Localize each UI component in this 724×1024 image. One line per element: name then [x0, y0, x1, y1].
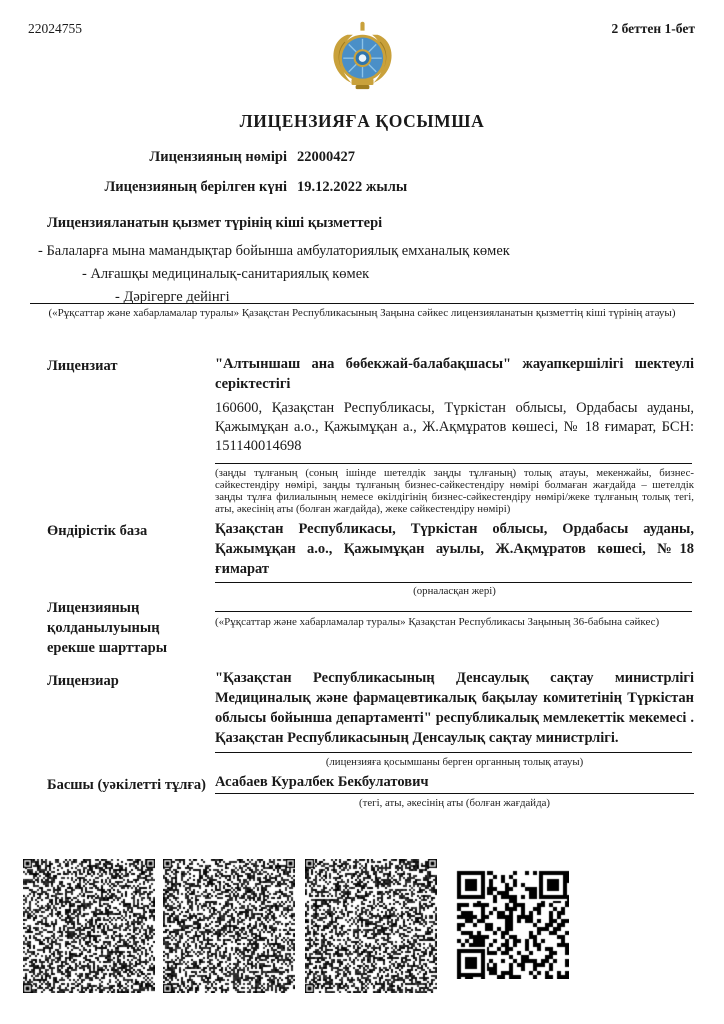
- license-number-label: Лицензияның нөмірі: [30, 148, 287, 167]
- license-number-row: Лицензияның нөмірі 22000427: [30, 148, 694, 167]
- subservice-item: - Балаларға мына мамандықтар бойынша амб…: [38, 243, 510, 260]
- licensor-value: "Қазақстан Республикасының Денсаулық сақ…: [215, 668, 694, 748]
- license-date-row: Лицензияның берілген күні 19.12.2022 жыл…: [30, 178, 694, 197]
- subservice-item: - Алғашқы медициналық-санитариялық көмек: [82, 266, 369, 283]
- head-person-value-block: Асабаев Куралбек Бекбулатович (тегі, аты…: [215, 773, 694, 809]
- licensee-value-block: "Алтыншаш ана бөбекжай-балабақшасы" жауа…: [215, 354, 694, 515]
- divider-line: [215, 752, 692, 753]
- licensor-value-block: "Қазақстан Республикасының Денсаулық сақ…: [215, 668, 694, 768]
- licensee-address: 160600, Қазақстан Республикасы, Түркіста…: [215, 399, 694, 456]
- production-base-value: Қазақстан Республикасы, Түркістан облысы…: [215, 519, 694, 579]
- divider-line: [30, 303, 694, 304]
- qr-code: [455, 869, 569, 979]
- head-person-caption: (тегі, аты, әкесінің аты (болған жағдайд…: [215, 797, 694, 809]
- production-base-value-block: Қазақстан Республикасы, Түркістан облысы…: [215, 519, 694, 597]
- subservices-heading: Лицензияланатын қызмет түрінің кіші қызм…: [47, 215, 382, 232]
- head-person-name: Асабаев Куралбек Бекбулатович: [215, 773, 694, 794]
- production-base-label: Өндірістік база: [47, 521, 207, 541]
- head-person-label: Басшы (уәкілетті тұлға): [47, 775, 217, 795]
- divider-line: [215, 611, 692, 612]
- datamatrix-barcode-2: [163, 859, 295, 993]
- license-date-label: Лицензияның берілген күні: [30, 178, 287, 197]
- license-date-value: 19.12.2022 жылы: [297, 178, 407, 197]
- license-number-value: 22000427: [297, 148, 355, 167]
- subservices-caption: («Рұқсаттар және хабарламалар туралы» Қа…: [42, 307, 682, 321]
- licensor-label: Лицензиар: [47, 671, 207, 691]
- special-conditions-caption: («Рұқсаттар және хабарламалар туралы» Қа…: [215, 616, 694, 629]
- licensee-caption: (заңды тұлғаның (соның ішінде шетелдік з…: [215, 467, 694, 515]
- divider-line: [215, 582, 692, 583]
- licensee-label: Лицензиат: [47, 356, 207, 376]
- production-base-caption: (орналасқан жері): [215, 585, 694, 597]
- special-conditions-value-block: («Рұқсаттар және хабарламалар туралы» Қа…: [215, 611, 694, 629]
- page-indicator: 2 беттен 1-бет: [611, 21, 695, 37]
- license-appendix-document: 22024755: [0, 0, 724, 1024]
- licensor-caption: (лицензияға қосымшаны берген органның то…: [215, 756, 694, 768]
- document-title: ЛИЦЕНЗИЯҒА ҚОСЫМША: [0, 111, 724, 132]
- document-number: 22024755: [28, 21, 82, 37]
- licensee-name: "Алтыншаш ана бөбекжай-балабақшасы" жауа…: [215, 354, 694, 394]
- kazakhstan-coat-of-arms-icon: [328, 21, 397, 98]
- divider-line: [215, 463, 692, 464]
- datamatrix-barcode-3: [305, 859, 437, 993]
- special-conditions-label: Лицензияның қолданылуының ерекше шарттар…: [47, 598, 207, 658]
- datamatrix-barcode-1: [23, 859, 155, 993]
